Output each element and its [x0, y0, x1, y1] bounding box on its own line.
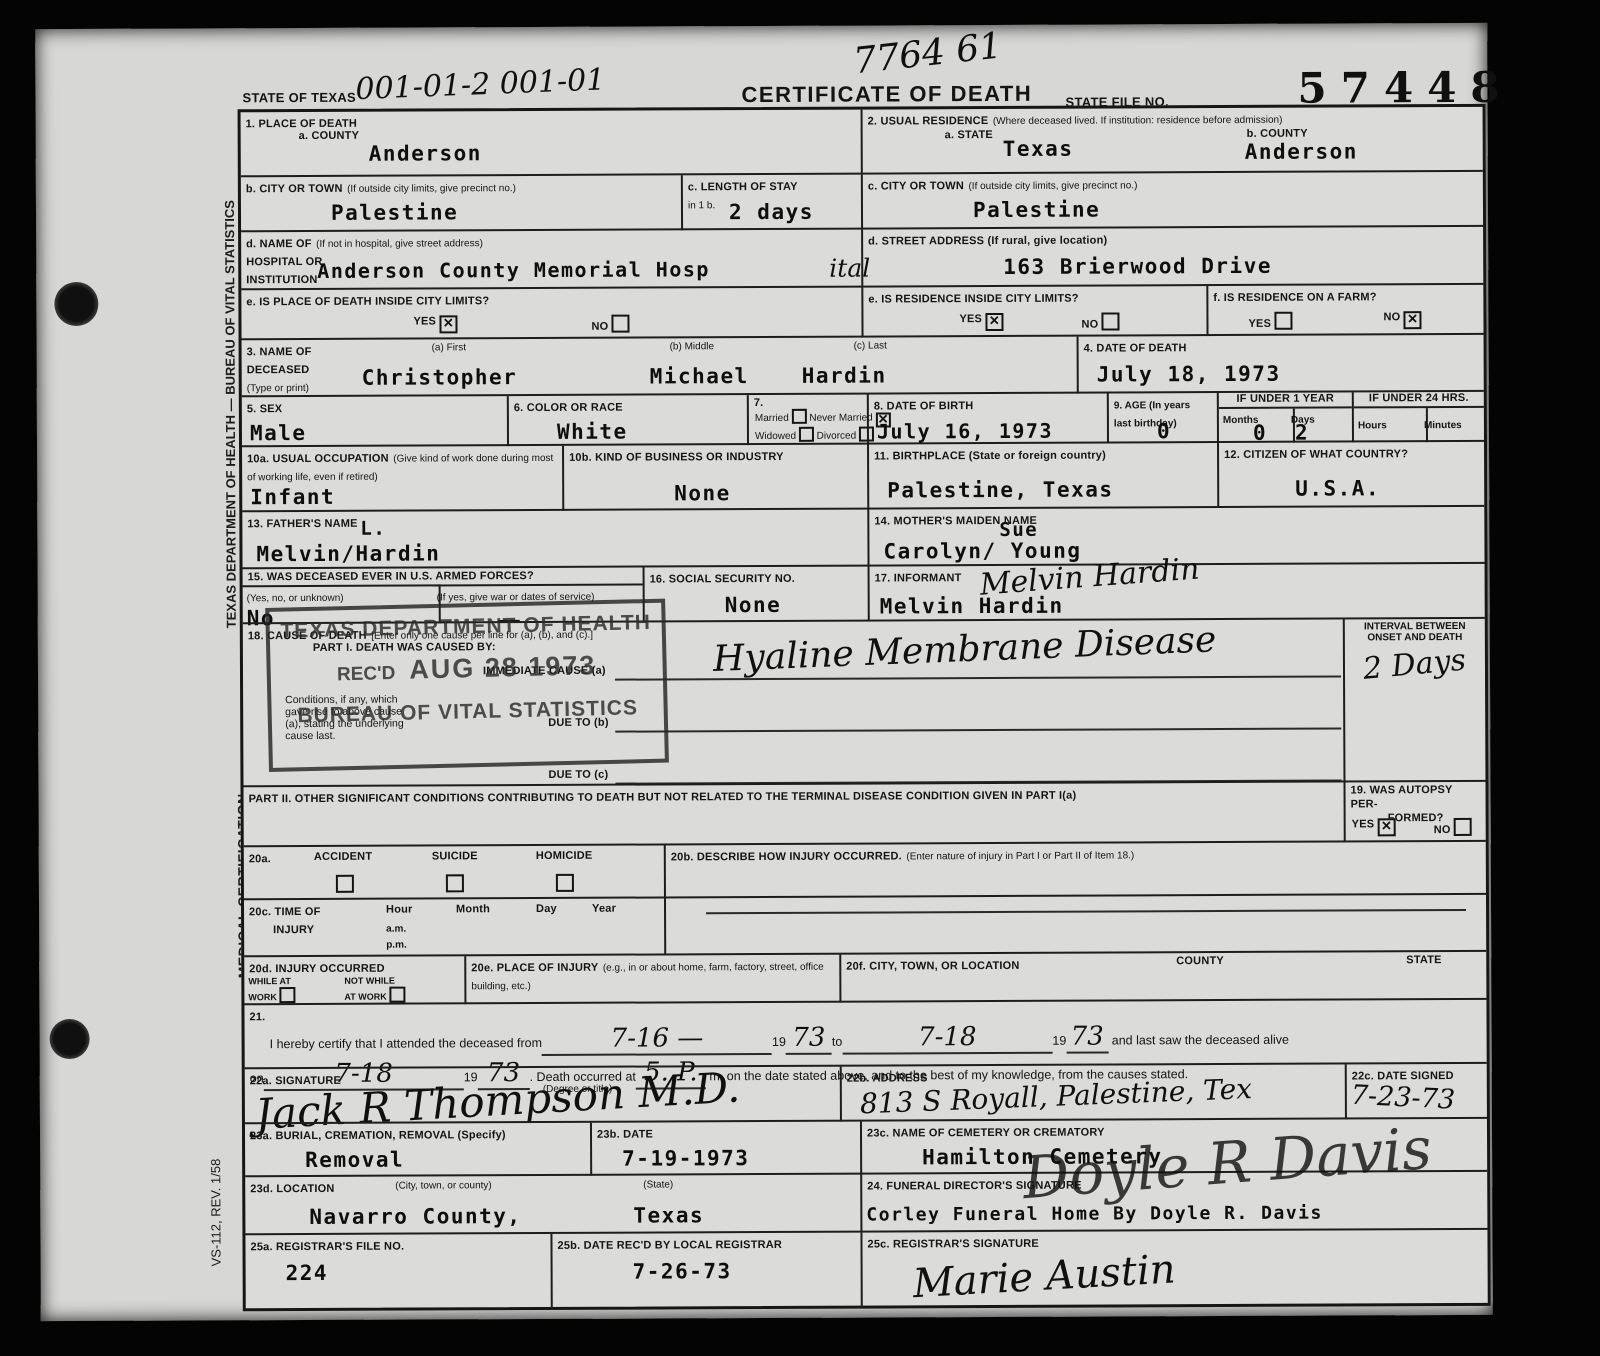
autopsy-no-checkbox [1454, 818, 1472, 836]
residence-county-value: Anderson [1245, 139, 1358, 163]
certify-from-date: 7-16 — [611, 1023, 704, 1053]
autopsy-yes-label: YES [1352, 818, 1375, 830]
never-married-label: Never Married [809, 413, 872, 424]
street-address-value: 163 Brierwood Drive [1003, 254, 1272, 279]
registrar-signature-value: Marie Austin [912, 1246, 1177, 1307]
field-residence-city: c. CITY OR TOWN (If outside city limits,… [861, 172, 1483, 230]
not-while-work-checkbox [389, 986, 405, 1002]
field-usual-residence: 2. USUAL RESIDENCE (Where deceased lived… [861, 107, 1483, 173]
am-label: a.m. [386, 924, 406, 935]
married-checkbox [792, 409, 807, 424]
registrar-file-label: 25a. REGISTRAR'S FILE NO. [250, 1241, 404, 1254]
burial-location-sub2: (State) [643, 1179, 673, 1190]
name-label-1: 3. NAME OF [247, 346, 312, 358]
certify-19-a: 19 [772, 1035, 786, 1049]
death-certificate-scan: TEXAS DEPARTMENT OF HEALTH — BUREAU OF V… [0, 0, 1600, 1356]
residence-city-value: Palestine [973, 198, 1100, 223]
field-interval-onset-death: INTERVAL BETWEEN ONSET AND DEATH 2 Days [1343, 619, 1486, 783]
age-label-1: 9. AGE (In years [1114, 400, 1190, 411]
under-24-hrs-title: IF UNDER 24 HRS. [1354, 392, 1484, 408]
field-social-security: 16. SOCIAL SECURITY NO. None [643, 567, 868, 623]
death-city-limits-label: e. IS PLACE OF DEATH INSIDE CITY LIMITS? [246, 295, 489, 308]
date-of-death-value: July 18, 1973 [1097, 362, 1281, 387]
burial-location-sub1: (City, town, or county) [395, 1180, 492, 1191]
county-label: a. COUNTY [299, 130, 360, 144]
widowed-checkbox [799, 427, 814, 442]
citizen-value: U.S.A. [1295, 476, 1380, 500]
due-to-c-label: DUE TO (c) [548, 769, 608, 783]
residence-limits-yes-checkbox: ✕ [985, 313, 1003, 331]
field-death-city-limits: e. IS PLACE OF DEATH INSIDE CITY LIMITS?… [241, 288, 861, 341]
field-physician-address: 22b. ADDRESS 813 S Royall, Palestine, Te… [840, 1064, 1345, 1121]
field-informant: 17. INFORMANT Melvin Hardin Melvin Hardi… [868, 564, 1485, 622]
field-hospital-name: d. NAME OF (If not in hospital, give str… [241, 230, 861, 291]
under-1-year-title: IF UNDER 1 YEAR [1219, 392, 1352, 408]
farm-yes-label: YES [1248, 318, 1271, 330]
time-injury-label-1: 20c. TIME OF [249, 906, 321, 918]
while-at-work-label-2: WORK [248, 992, 277, 1002]
farm-no-checkbox: ✕ [1404, 311, 1422, 329]
not-while-work-label-1: NOT WHILE [344, 976, 395, 986]
part-2-text: PART II. OTHER SIGNIFICANT CONDITIONS CO… [249, 790, 1077, 806]
minutes-label: Minutes [1424, 420, 1462, 431]
street-address-label: d. STREET ADDRESS (If rural, give locati… [868, 234, 1107, 247]
county-value: Anderson [369, 141, 482, 165]
year-col-label: Year [592, 903, 616, 917]
day-col-label: Day [536, 903, 557, 917]
injury-county-label: COUNTY [1176, 955, 1224, 969]
margin-form-number: VS-112, REV. 1/58 [208, 1159, 223, 1267]
hospital-label-3: INSTITUTION [246, 274, 317, 286]
pm-label: p.m. [386, 940, 407, 951]
field-burial-location: 23d. LOCATION (City, town, or county) (S… [245, 1175, 860, 1236]
birthplace-value: Palestine, Texas [887, 477, 1113, 502]
field-fathers-name: 13. FATHER'S NAME L. Melvin/Hardin [242, 510, 867, 570]
certify-year-1: 73 [792, 1023, 825, 1053]
residence-state-label: a. STATE [945, 129, 993, 143]
accident-label: ACCIDENT [314, 851, 372, 865]
death-limits-yes-checkbox: ✕ [439, 315, 457, 333]
place-of-death-label: 1. PLACE OF DEATH [246, 118, 357, 130]
occupation-value: Infant [250, 485, 335, 509]
hours-label: Hours [1358, 420, 1387, 431]
field-date-signed: 22c. DATE SIGNED 7-23-73 [1345, 1064, 1487, 1120]
residence-city-paren: (If outside city limits, give precinct n… [968, 180, 1137, 192]
death-limits-yes-label: YES [413, 315, 436, 327]
field-injury-city-county-state: 20f. CITY, TOWN, OR LOCATION COUNTY STAT… [839, 952, 1486, 1003]
field-part-2-conditions: PART II. OTHER SIGNIFICANT CONDITIONS CO… [243, 782, 1343, 847]
field-funeral-director: 24. FUNERAL DIRECTOR'S SIGNATURE Corley … [860, 1172, 1487, 1233]
hospital-paren: (If not in hospital, give street address… [316, 238, 483, 250]
field-citizen: 12. CITIZEN OF WHAT COUNTRY? U.S.A. [1217, 442, 1484, 508]
burial-value: Removal [305, 1148, 404, 1172]
while-at-work-checkbox [279, 987, 295, 1003]
sex-value: Male [250, 421, 307, 445]
while-at-work-label-1: WHILE AT [248, 976, 291, 986]
certificate-form: 1. PLACE OF DEATH a. COUNTY Anderson 2. … [238, 104, 1491, 1311]
stamp-date: AUG 28 1973 [409, 650, 597, 684]
margin-agency-text: TEXAS DEPARTMENT OF HEALTH — BUREAU OF V… [222, 200, 239, 628]
name-label-2: DECEASED [247, 364, 310, 376]
stamp-line-3: BUREAU OF VITAL STATISTICS [281, 696, 653, 729]
field-burial-type: 23a. BURIAL, CREMATION, REMOVAL (Specify… [245, 1123, 590, 1178]
informant-typed: Melvin Hardin [880, 594, 1064, 619]
injury-occurred-label: 20d. INJURY OCCURRED [249, 963, 384, 976]
field-color-or-race: 6. COLOR OR RACE White [507, 395, 747, 446]
punch-hole-top [54, 282, 98, 326]
occupation-label: 10a. USUAL OCCUPATION [247, 453, 389, 466]
residence-limits-no-label: NO [1081, 319, 1098, 331]
field-if-under-24-hrs: IF UNDER 24 HRS. Hours Minutes [1352, 392, 1484, 443]
homicide-checkbox [556, 874, 574, 892]
field-birthplace: 11. BIRTHPLACE (State or foreign country… [867, 443, 1217, 510]
autopsy-yes-checkbox: ✕ [1378, 818, 1396, 836]
city-of-death-paren: (If outside city limits, give precinct n… [347, 183, 516, 195]
usual-residence-label: 2. USUAL RESIDENCE [868, 115, 989, 128]
citizen-label: 12. CITIZEN OF WHAT COUNTRY? [1224, 448, 1408, 461]
residence-limits-no-checkbox [1102, 312, 1120, 330]
hour-col-label: Hour [386, 904, 413, 918]
marital-label: 7. [754, 397, 764, 409]
field-place-of-injury: 20e. PLACE OF INJURY (e.g., in or about … [464, 955, 839, 1005]
registrar-signature-label: 25c. REGISTRAR'S SIGNATURE [867, 1238, 1038, 1251]
field-place-of-death: 1. PLACE OF DEATH a. COUNTY Anderson [241, 110, 861, 176]
certify-text-2: and last saw the deceased alive [1112, 1033, 1289, 1048]
fathers-name-value: Melvin/Hardin [256, 541, 440, 566]
informant-label: 17. INFORMANT [875, 572, 962, 584]
burial-date-value: 7-19-1973 [622, 1146, 749, 1171]
homicide-label: HOMICIDE [536, 850, 593, 864]
field-physician-signature: 22a. SIGNATURE (Degree or title) Jack R … [245, 1067, 840, 1125]
field-date-of-birth: 8. DATE OF BIRTH July 16, 1973 [867, 394, 1107, 445]
manner-label: 20a. [249, 853, 271, 865]
divorced-label: Divorced [817, 431, 857, 442]
autopsy-label-1: 19. WAS AUTOPSY PER- [1350, 784, 1480, 812]
received-stamp: TEXAS DEPARTMENT OF HEALTH REC'DAUG 28 1… [265, 599, 669, 772]
business-value: None [674, 481, 731, 505]
last-name-label: (c) Last [854, 340, 887, 351]
registrar-file-value: 224 [286, 1261, 329, 1285]
certify-year-2: 73 [1071, 1022, 1104, 1052]
last-name-value: Hardin [802, 363, 887, 387]
field-length-of-stay: c. LENGTH OF STAY in 1 b. 2 days [681, 175, 861, 231]
middle-name-label: (b) Middle [670, 341, 715, 352]
certify-to-date: 7-18 [918, 1022, 977, 1052]
residence-state-value: Texas [1003, 137, 1074, 161]
suicide-checkbox [446, 874, 464, 892]
interval-label-1: INTERVAL BETWEEN [1350, 621, 1480, 633]
name-label-3: (Type or print) [247, 383, 309, 394]
city-of-death-value: Palestine [331, 200, 458, 225]
field-marital-status: 7. Married Never Married ✕ Widowed Divor… [747, 395, 867, 446]
cemetery-label: 23c. NAME OF CEMETERY OR CREMATORY [867, 1127, 1105, 1140]
age-value: 0 [1157, 419, 1171, 443]
fathers-name-label: 13. FATHER'S NAME [247, 518, 357, 530]
autopsy-no-label: NO [1434, 824, 1451, 836]
not-while-work-label-2: AT WORK [344, 992, 386, 1002]
month-col-label: Month [456, 903, 490, 917]
state-of-texas-label: STATE OF TEXAS [242, 90, 356, 105]
injury-state-label: STATE [1406, 954, 1441, 968]
field-registrar-signature: 25c. REGISTRAR'S SIGNATURE Marie Austin [860, 1230, 1487, 1308]
residence-limits-label: e. IS RESIDENCE INSIDE CITY LIMITS? [868, 293, 1078, 306]
burial-location-label: 23d. LOCATION [250, 1183, 334, 1195]
certify-number: 21. [249, 1011, 265, 1023]
first-name-label: (a) First [432, 342, 467, 353]
residence-city-label: c. CITY OR TOWN [868, 180, 964, 192]
residence-farm-label: f. IS RESIDENCE ON A FARM? [1213, 291, 1376, 304]
field-describe-injury: 20b. DESCRIBE HOW INJURY OCCURRED. (Ente… [664, 842, 1486, 899]
injury-city-label: 20f. CITY, TOWN, OR LOCATION [846, 960, 1019, 973]
stamp-recd: REC'D [337, 663, 396, 685]
widowed-label: Widowed [755, 431, 796, 442]
time-injury-label-2: INJURY [273, 924, 314, 936]
handwritten-cert-number: 7764 61 [852, 25, 1004, 82]
describe-injury-paren: (Enter nature of injury in Part I or Par… [906, 850, 1134, 862]
place-of-injury-label: 20e. PLACE OF INJURY [471, 962, 598, 975]
certify-to-word: to [832, 1035, 842, 1049]
birthplace-label: 11. BIRTHPLACE (State or foreign country… [874, 450, 1106, 463]
injury-blank-line [706, 895, 1466, 914]
field-if-under-1-year: IF UNDER 1 YEAR Months 0 Days 2 [1217, 392, 1352, 443]
ssn-value: None [725, 593, 782, 617]
city-of-death-label: b. CITY OR TOWN [246, 183, 343, 195]
interval-label-2: ONSET AND DEATH [1350, 632, 1480, 644]
dob-value: July 16, 1973 [877, 419, 1053, 444]
hospital-value: Anderson County Memorial Hosp [317, 257, 710, 283]
field-burial-date: 23b. DATE 7-19-1973 [590, 1122, 860, 1176]
interval-value: 2 Days [1362, 643, 1468, 687]
dob-label: 8. DATE OF BIRTH [874, 400, 974, 412]
accident-checkbox [336, 875, 354, 893]
burial-location-value2: Texas [633, 1203, 704, 1227]
field-accident-suicide-homicide: 20a. ACCIDENT SUICIDE HOMICIDE [244, 845, 664, 900]
certify-19-b: 19 [1052, 1034, 1066, 1048]
field-sex: 5. SEX Male [242, 396, 507, 447]
farm-no-label: NO [1383, 311, 1400, 323]
armed-forces-sub1: (Yes, no, or unknown) [247, 593, 344, 604]
fathers-name-top: L. [360, 518, 386, 540]
middle-name-value: Michael [650, 364, 749, 388]
address-label: 22b. ADDRESS [847, 1072, 928, 1084]
certificate-page: TEXAS DEPARTMENT OF HEALTH — BUREAU OF V… [35, 23, 1493, 1321]
date-of-death-label: 4. DATE OF DEATH [1084, 342, 1187, 354]
certificate-title: CERTIFICATE OF DEATH [741, 81, 1032, 108]
hospital-label-1: d. NAME OF [246, 238, 312, 250]
field-city-of-death: b. CITY OR TOWN (If outside city limits,… [241, 175, 681, 232]
field-business-industry: 10b. KIND OF BUSINESS OR INDUSTRY None [562, 445, 867, 511]
field-date-of-death: 4. DATE OF DEATH July 18, 1973 [1077, 335, 1484, 394]
hospital-label-2: HOSPITAL OR [246, 256, 322, 268]
punch-hole-bottom [50, 1019, 90, 1059]
describe-injury-label: 20b. DESCRIBE HOW INJURY OCCURRED. [671, 850, 902, 863]
length-of-stay-value: 2 days [729, 200, 814, 224]
date-recd-value: 7-26-73 [633, 1259, 732, 1283]
residence-limits-yes-label: YES [959, 313, 982, 325]
race-label: 6. COLOR OR RACE [514, 402, 623, 414]
field-name-of-deceased: 3. NAME OF DECEASED (Type or print) (a) … [242, 337, 1077, 398]
ssn-label: 16. SOCIAL SECURITY NO. [650, 573, 795, 586]
death-limits-no-label: NO [591, 321, 608, 333]
mothers-name-value: Carolyn/ Young [883, 539, 1081, 564]
burial-label: 23a. BURIAL, CREMATION, REMOVAL (Specify… [250, 1129, 506, 1142]
field-street-address: d. STREET ADDRESS (If rural, give locati… [861, 227, 1483, 288]
field-age: 9. AGE (In years last birthday) 0 [1107, 393, 1217, 443]
certify-text-1: I hereby certify that I attended the dec… [270, 1036, 542, 1051]
first-name-value: Christopher [362, 365, 518, 390]
due-to-b-line [615, 675, 1341, 732]
field-residence-city-limits: e. IS RESIDENCE INSIDE CITY LIMITS? YES … [861, 286, 1206, 338]
field-certification: 21. I hereby certify that I attended the… [244, 1000, 1486, 1069]
field-injury-occurred: 20d. INJURY OCCURRED WHILE AT WORK NOT W… [244, 956, 464, 1005]
race-value: White [557, 420, 628, 444]
field-date-recd-registrar: 25b. DATE REC'D BY LOCAL REGISTRAR 7-26-… [550, 1233, 860, 1309]
due-to-c-line [615, 727, 1341, 784]
usual-residence-paren: (Where deceased lived. If institution: r… [993, 115, 1283, 127]
field-registrar-file-no: 25a. REGISTRAR'S FILE NO. 224 [245, 1234, 550, 1310]
date-recd-label: 25b. DATE REC'D BY LOCAL REGISTRAR [557, 1239, 782, 1252]
suicide-label: SUICIDE [432, 850, 478, 864]
date-signed-value: 7-23-73 [1350, 1080, 1456, 1116]
stamp-line-1: TEXAS DEPARTMENT OF HEALTH [279, 611, 651, 644]
field-time-of-injury: 20c. TIME OF INJURY Hour Month Day Year … [244, 898, 664, 957]
length-of-stay-sub: in 1 b. [688, 200, 715, 211]
field-residence-farm: f. IS RESIDENCE ON A FARM? YES NO ✕ [1206, 285, 1483, 336]
field-usual-occupation: 10a. USUAL OCCUPATION (Give kind of work… [242, 446, 562, 512]
burial-date-label: 23b. DATE [597, 1128, 653, 1140]
handwritten-file-codes: 001-01-2 001-01 [355, 62, 606, 107]
death-limits-no-checkbox [612, 315, 630, 333]
burial-location-value1: Navarro County, [309, 1204, 521, 1229]
married-label: Married [755, 413, 789, 424]
field-injury-blank-area [664, 895, 1486, 956]
business-label: 10b. KIND OF BUSINESS OR INDUSTRY [569, 451, 784, 464]
length-of-stay-label: c. LENGTH OF STAY [688, 181, 798, 193]
field-autopsy: 19. WAS AUTOPSY PER- FORMED? YES ✕ NO [1343, 782, 1485, 843]
farm-yes-checkbox [1274, 312, 1292, 330]
sex-label: 5. SEX [247, 403, 283, 415]
mothers-name-top: Sue [999, 519, 1038, 541]
